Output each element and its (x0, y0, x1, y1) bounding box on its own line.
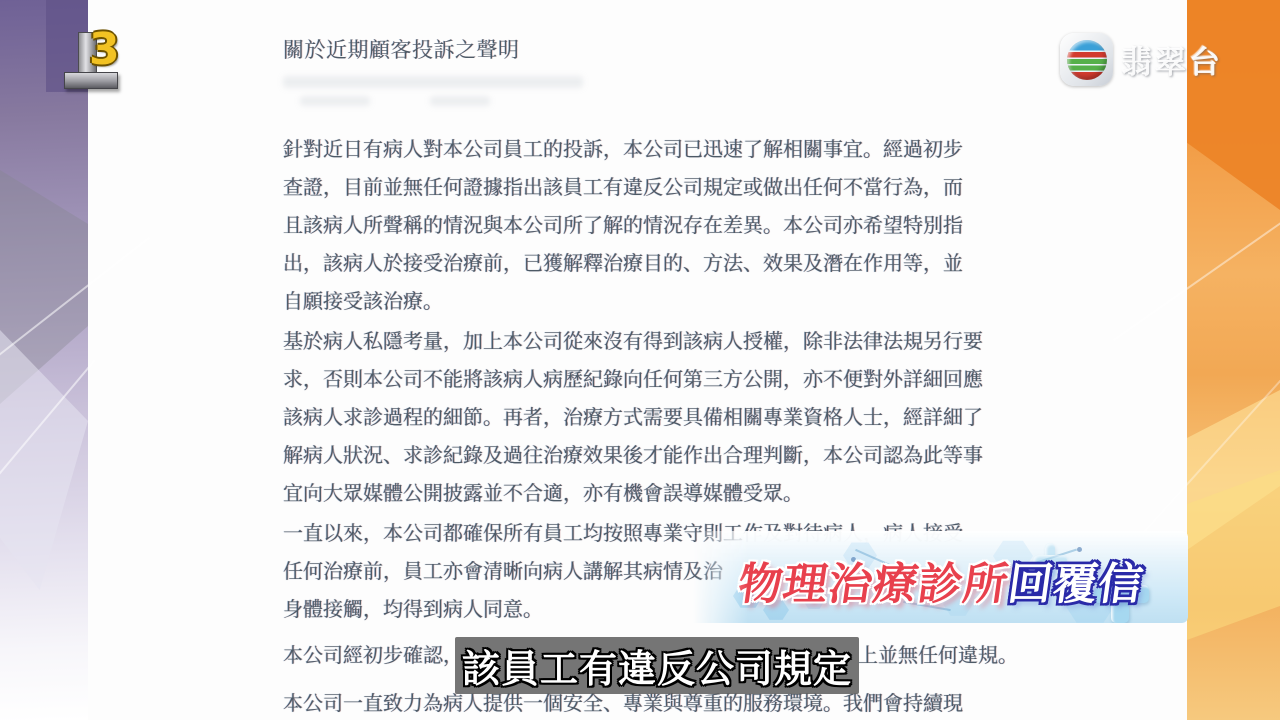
document-text-line: 針對近日有病人對本公司員工的投訴，本公司已迅速了解相關事宜。經過初步 (283, 130, 993, 168)
channel-name: 翡翠台 (1121, 37, 1223, 82)
tv-frame: 關於近期顧客投訴之聲明 針對近日有病人對本公司員工的投訴，本公司已迅速了解相關事… (0, 0, 1280, 720)
band-facet (1187, 0, 1280, 210)
document-text-line: 解病人狀況、求診紀錄及過往治療效果後才能作出合理判斷，本公司認為此等事 (283, 436, 993, 474)
document-text-line: 宜向大眾媒體公開披露並不合適，亦有機會誤導媒體受眾。 (283, 474, 993, 512)
band-facet (0, 330, 88, 590)
left-purple-band (0, 0, 88, 720)
channel-logo: 翡翠台 (1060, 33, 1223, 86)
banner-highlight-text: 物理治療診所 (735, 559, 1012, 610)
document-text-line: 基於病人私隱考量，加上本公司從來沒有得到該病人授權，除非法律法規另行要 (283, 322, 993, 360)
right-orange-band (1187, 0, 1280, 720)
subtitle-caption: 該員工有違反公司規定 (455, 637, 859, 694)
confirm-line-right: 上並無任何違規。 (858, 636, 1018, 674)
document-text-line: 出，該病人於接受治療前，已獲解釋治療目的、方法、效果及潛在作用等，並 (283, 244, 993, 282)
redacted-line (283, 76, 583, 88)
document-title: 關於近期顧客投訴之聲明 (283, 34, 520, 64)
lower-third-banner: 物理治療診所回覆信 (693, 531, 1188, 623)
document-text-line: 該病人求診過程的細節。再者，治療方式需要具備相關專業資格人士，經詳細了 (283, 398, 993, 436)
subtitle-text: 該員工有違反公司規定 (462, 638, 852, 693)
paragraph-1: 針對近日有病人對本公司員工的投訴，本公司已迅速了解相關事宜。經過初步查證，目前並… (283, 130, 993, 320)
document-text-line: 且該病人所聲稱的情況與本公司所了解的情況存在差異。本公司亦希望特別指 (283, 206, 993, 244)
confirm-line-left: 本公司經初步確認， (283, 636, 463, 674)
banner-title: 物理治療診所回覆信 (735, 548, 1149, 612)
redacted-smudge (300, 96, 370, 106)
badge-number: 3 (89, 28, 120, 72)
paragraph-2: 基於病人私隱考量，加上本公司從來沒有得到該病人授權，除非法律法規另行要求，否則本… (283, 322, 993, 512)
document-text-line: 求，否則本公司不能將該病人病歷紀錄向任何第三方公開，亦不便對外詳細回應 (283, 360, 993, 398)
tvb-logo-tile (1060, 33, 1113, 86)
tvb-globe-icon (1067, 40, 1107, 80)
document-text-line: 自願接受該治療。 (283, 282, 993, 320)
redacted-smudge (430, 96, 490, 106)
document-text-line: 查證，目前並無任何證據指出該員工有違反公司規定或做出任何不當行為，而 (283, 168, 993, 206)
banner-suffix-text: 回覆信 (1005, 559, 1147, 610)
news-item-badge: 3 (58, 28, 128, 90)
